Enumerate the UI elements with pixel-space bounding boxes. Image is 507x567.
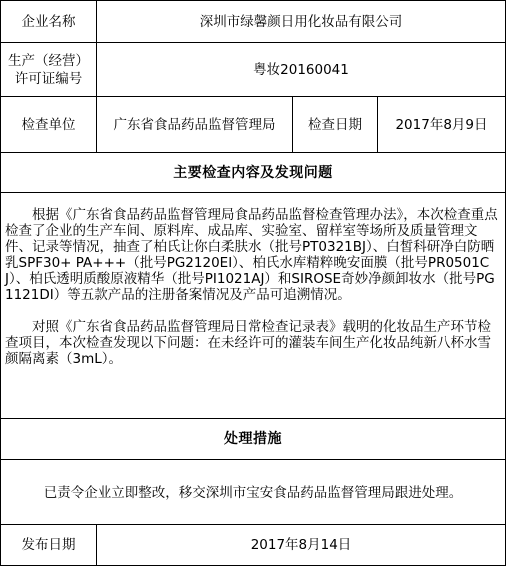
company-label: 企业名称 xyxy=(1,1,97,42)
inspection-unit-label-text: 检查单位 xyxy=(22,116,76,134)
company-label-text: 企业名称 xyxy=(22,13,76,31)
measures-title: 处理措施 xyxy=(1,419,505,459)
publish-row: 发布日期 2017年8月14日 xyxy=(1,525,505,565)
measures-title-row: 处理措施 xyxy=(1,419,505,460)
measures-body-row: 已责令企业立即整改，移交深圳市宝安食品药品监督管理局跟进处理。 xyxy=(1,460,505,525)
inspection-unit-label: 检查单位 xyxy=(1,97,97,152)
inspection-date-value: 2017年8月9日 xyxy=(378,97,505,152)
inspection-date-value-text: 2017年8月9日 xyxy=(395,116,487,134)
company-row: 企业名称 深圳市绿馨颜日用化妆品有限公司 xyxy=(1,1,505,43)
license-label-line1: 生产（经营） xyxy=(8,52,89,70)
findings-title: 主要检查内容及发现问题 xyxy=(1,153,505,192)
measures-body: 已责令企业立即整改，移交深圳市宝安食品药品监督管理局跟进处理。 xyxy=(1,460,505,524)
findings-title-text: 主要检查内容及发现问题 xyxy=(173,164,333,182)
publish-value: 2017年8月14日 xyxy=(97,525,505,565)
license-label: 生产（经营） 许可证编号 xyxy=(1,43,97,96)
publish-label: 发布日期 xyxy=(1,525,97,565)
inspection-date-label: 检查日期 xyxy=(293,97,378,152)
license-label-line2: 许可证编号 xyxy=(15,70,83,88)
measures-title-text: 处理措施 xyxy=(224,430,282,448)
company-value: 深圳市绿馨颜日用化妆品有限公司 xyxy=(97,1,505,42)
publish-label-text: 发布日期 xyxy=(22,536,76,554)
company-value-text: 深圳市绿馨颜日用化妆品有限公司 xyxy=(200,13,403,31)
inspection-unit-value-text: 广东省食品药品监督管理局 xyxy=(114,116,276,134)
measures-body-text: 已责令企业立即整改，移交深圳市宝安食品药品监督管理局跟进处理。 xyxy=(44,484,463,502)
findings-body: 根据《广东省食品药品监督管理局食品药品监督检查管理办法》，本次检查重点检查了企业… xyxy=(5,207,501,367)
license-value-text: 粤妆20160041 xyxy=(253,61,349,79)
findings-title-row: 主要检查内容及发现问题 xyxy=(1,153,505,193)
inspection-row: 检查单位 广东省食品药品监督管理局 检查日期 2017年8月9日 xyxy=(1,97,505,153)
inspection-unit-value: 广东省食品药品监督管理局 xyxy=(97,97,293,152)
license-row: 生产（经营） 许可证编号 粤妆20160041 xyxy=(1,43,505,97)
publish-value-text: 2017年8月14日 xyxy=(251,536,352,554)
inspection-date-label-text: 检查日期 xyxy=(308,116,362,134)
findings-body-row: 根据《广东省食品药品监督管理局食品药品监督检查管理办法》，本次检查重点检查了企业… xyxy=(1,193,505,419)
findings-paragraph-2: 对照《广东省食品药品监督管理局日常检查记录表》载明的化妆品生产环节检查项目，本次… xyxy=(5,319,501,367)
inspection-report-table: 企业名称 深圳市绿馨颜日用化妆品有限公司 生产（经营） 许可证编号 粤妆2016… xyxy=(0,0,506,566)
findings-paragraph-1: 根据《广东省食品药品监督管理局食品药品监督检查管理办法》，本次检查重点检查了企业… xyxy=(5,207,501,303)
license-value: 粤妆20160041 xyxy=(97,43,505,96)
